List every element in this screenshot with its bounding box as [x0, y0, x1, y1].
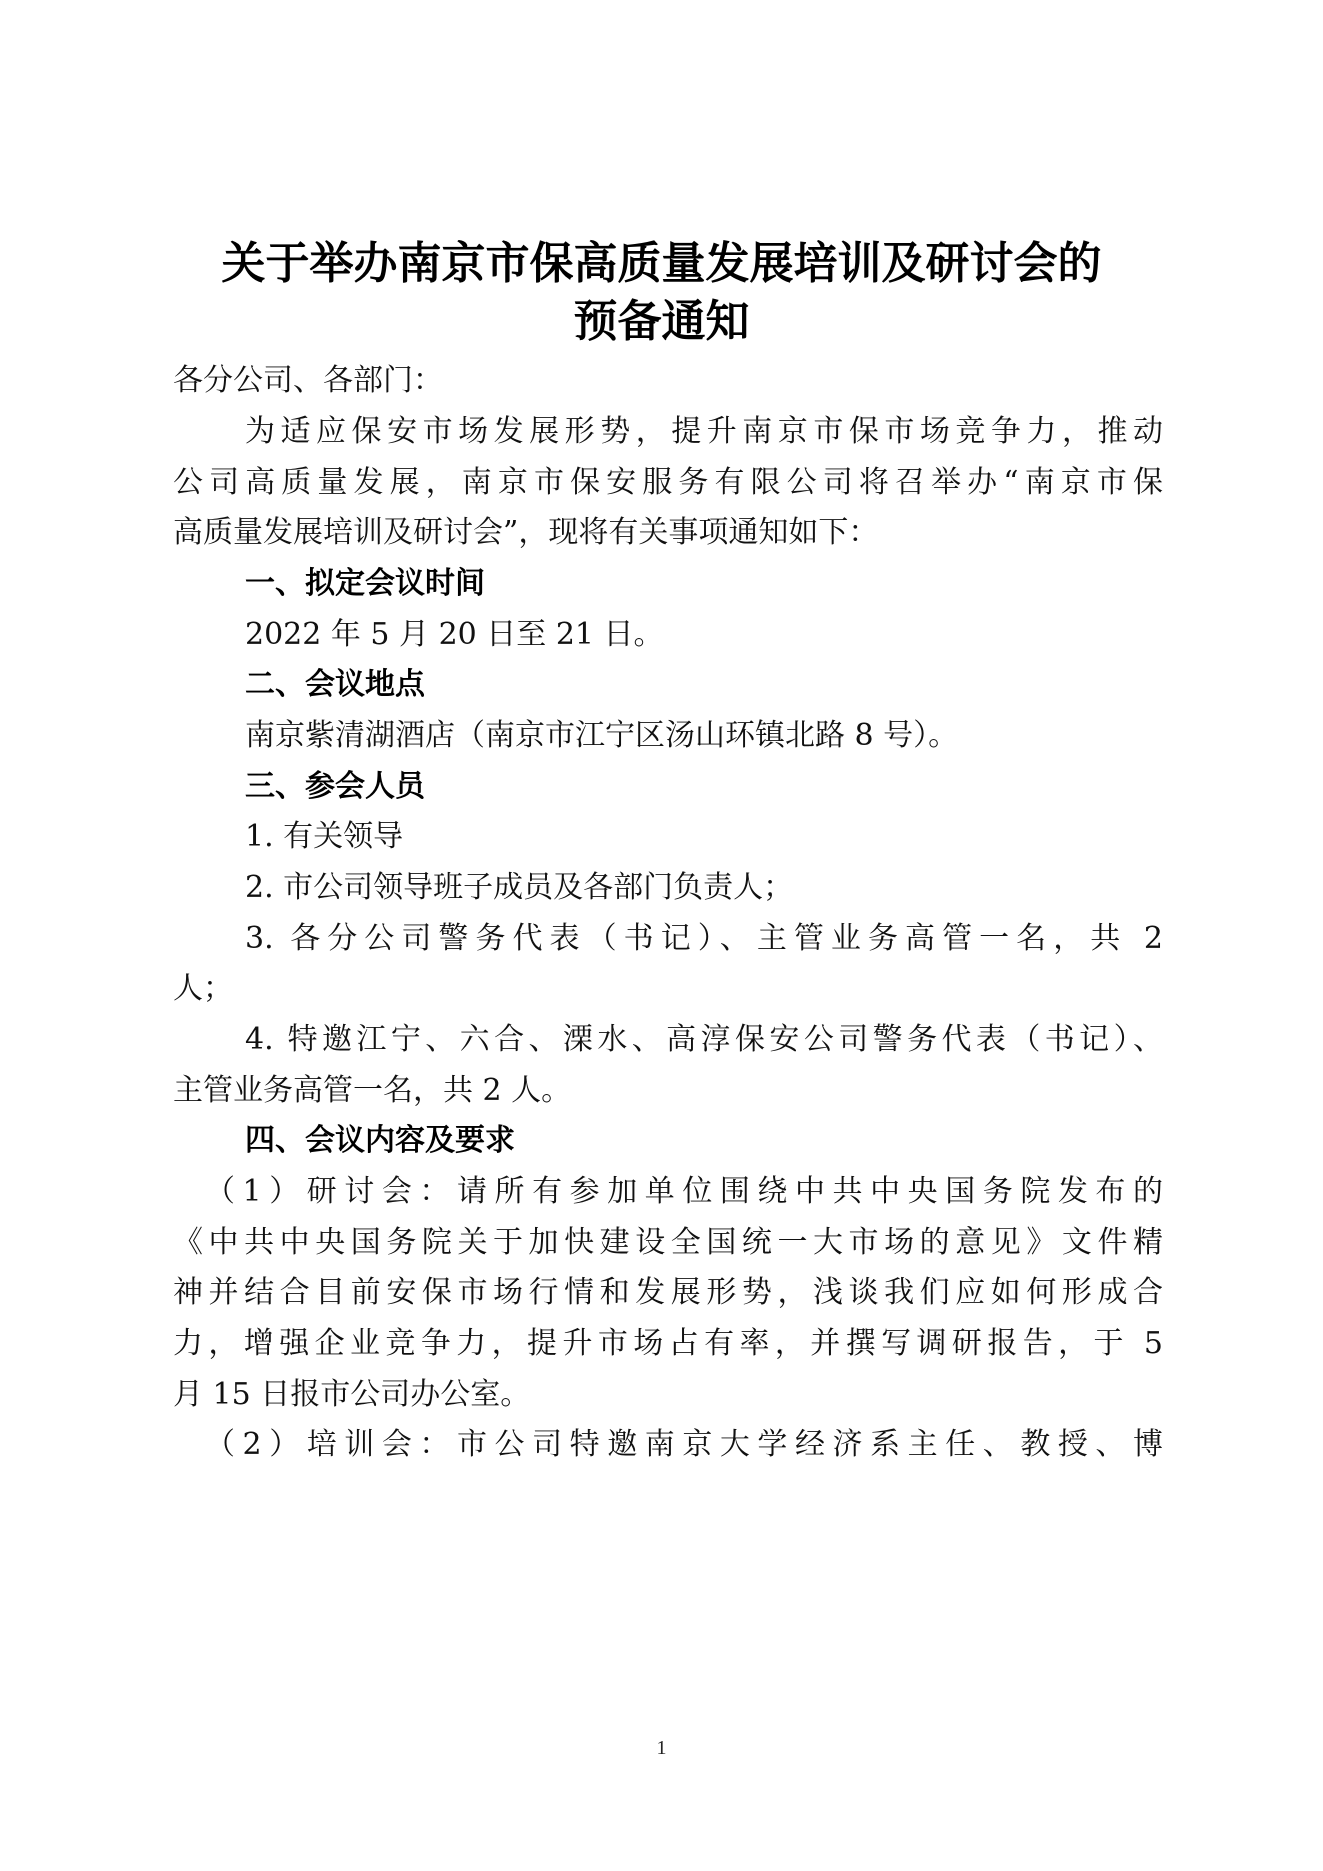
section-heading-location: 二、会议地点: [245, 665, 1163, 705]
meeting-date: 2022 年 5 月 20 日至 21 日。: [245, 615, 1163, 655]
meeting-location: 南京紫清湖酒店（南京市江宁区汤山环镇北路 8 号）。: [245, 716, 1163, 756]
attendee-item-4-line-2: 主管业务高管一名，共 2 人。: [173, 1071, 1163, 1111]
page-number: 1: [0, 1736, 1323, 1760]
intro-paragraph-line-1: 为适应保安市场发展形势，提升南京市保市场竞争力，推动: [245, 412, 1163, 452]
attendee-item-4-line-1: 4. 特邀江宁、六合、溧水、高淳保安公司警务代表（书记）、: [245, 1020, 1163, 1060]
document-title-line-2: 预备通知: [0, 296, 1323, 348]
seminar-line-3: 神并结合目前安保市场行情和发展形势，浅谈我们应如何形成合: [173, 1273, 1163, 1313]
attendee-item-3-line-1: 3. 各分公司警务代表（书记）、主管业务高管一名，共 2: [245, 919, 1163, 959]
seminar-line-2: 《中共中央国务院关于加快建设全国统一大市场的意见》文件精: [173, 1223, 1163, 1263]
section-heading-attendees: 三、参会人员: [245, 767, 1163, 807]
intro-paragraph-line-2: 公司高质量发展，南京市保安服务有限公司将召举办“南京市保: [173, 463, 1163, 503]
attendee-item-3-line-2: 人；: [173, 969, 1163, 1009]
intro-paragraph-line-3: 高质量发展培训及研讨会”，现将有关事项通知如下：: [173, 513, 1163, 553]
attendee-item-2: 2. 市公司领导班子成员及各部门负责人；: [245, 868, 1163, 908]
salutation: 各分公司、各部门：: [173, 361, 1163, 401]
section-heading-time: 一、拟定会议时间: [245, 564, 1163, 604]
section-heading-content: 四、会议内容及要求: [245, 1121, 1163, 1161]
seminar-line-4: 力，增强企业竞争力，提升市场占有率，并撰写调研报告，于 5: [173, 1324, 1163, 1364]
seminar-line-5: 月 15 日报市公司办公室。: [173, 1375, 1163, 1415]
seminar-line-1: （1）研讨会：请所有参加单位围绕中共中央国务院发布的: [205, 1172, 1163, 1212]
training-line-1: （2）培训会：市公司特邀南京大学经济系主任、教授、博: [205, 1425, 1163, 1465]
document-title-line-1: 关于举办南京市保高质量发展培训及研讨会的: [0, 238, 1323, 290]
document-page: 关于举办南京市保高质量发展培训及研讨会的 预备通知 各分公司、各部门： 为适应保…: [0, 0, 1323, 1871]
attendee-item-1: 1. 有关领导: [245, 817, 1163, 857]
